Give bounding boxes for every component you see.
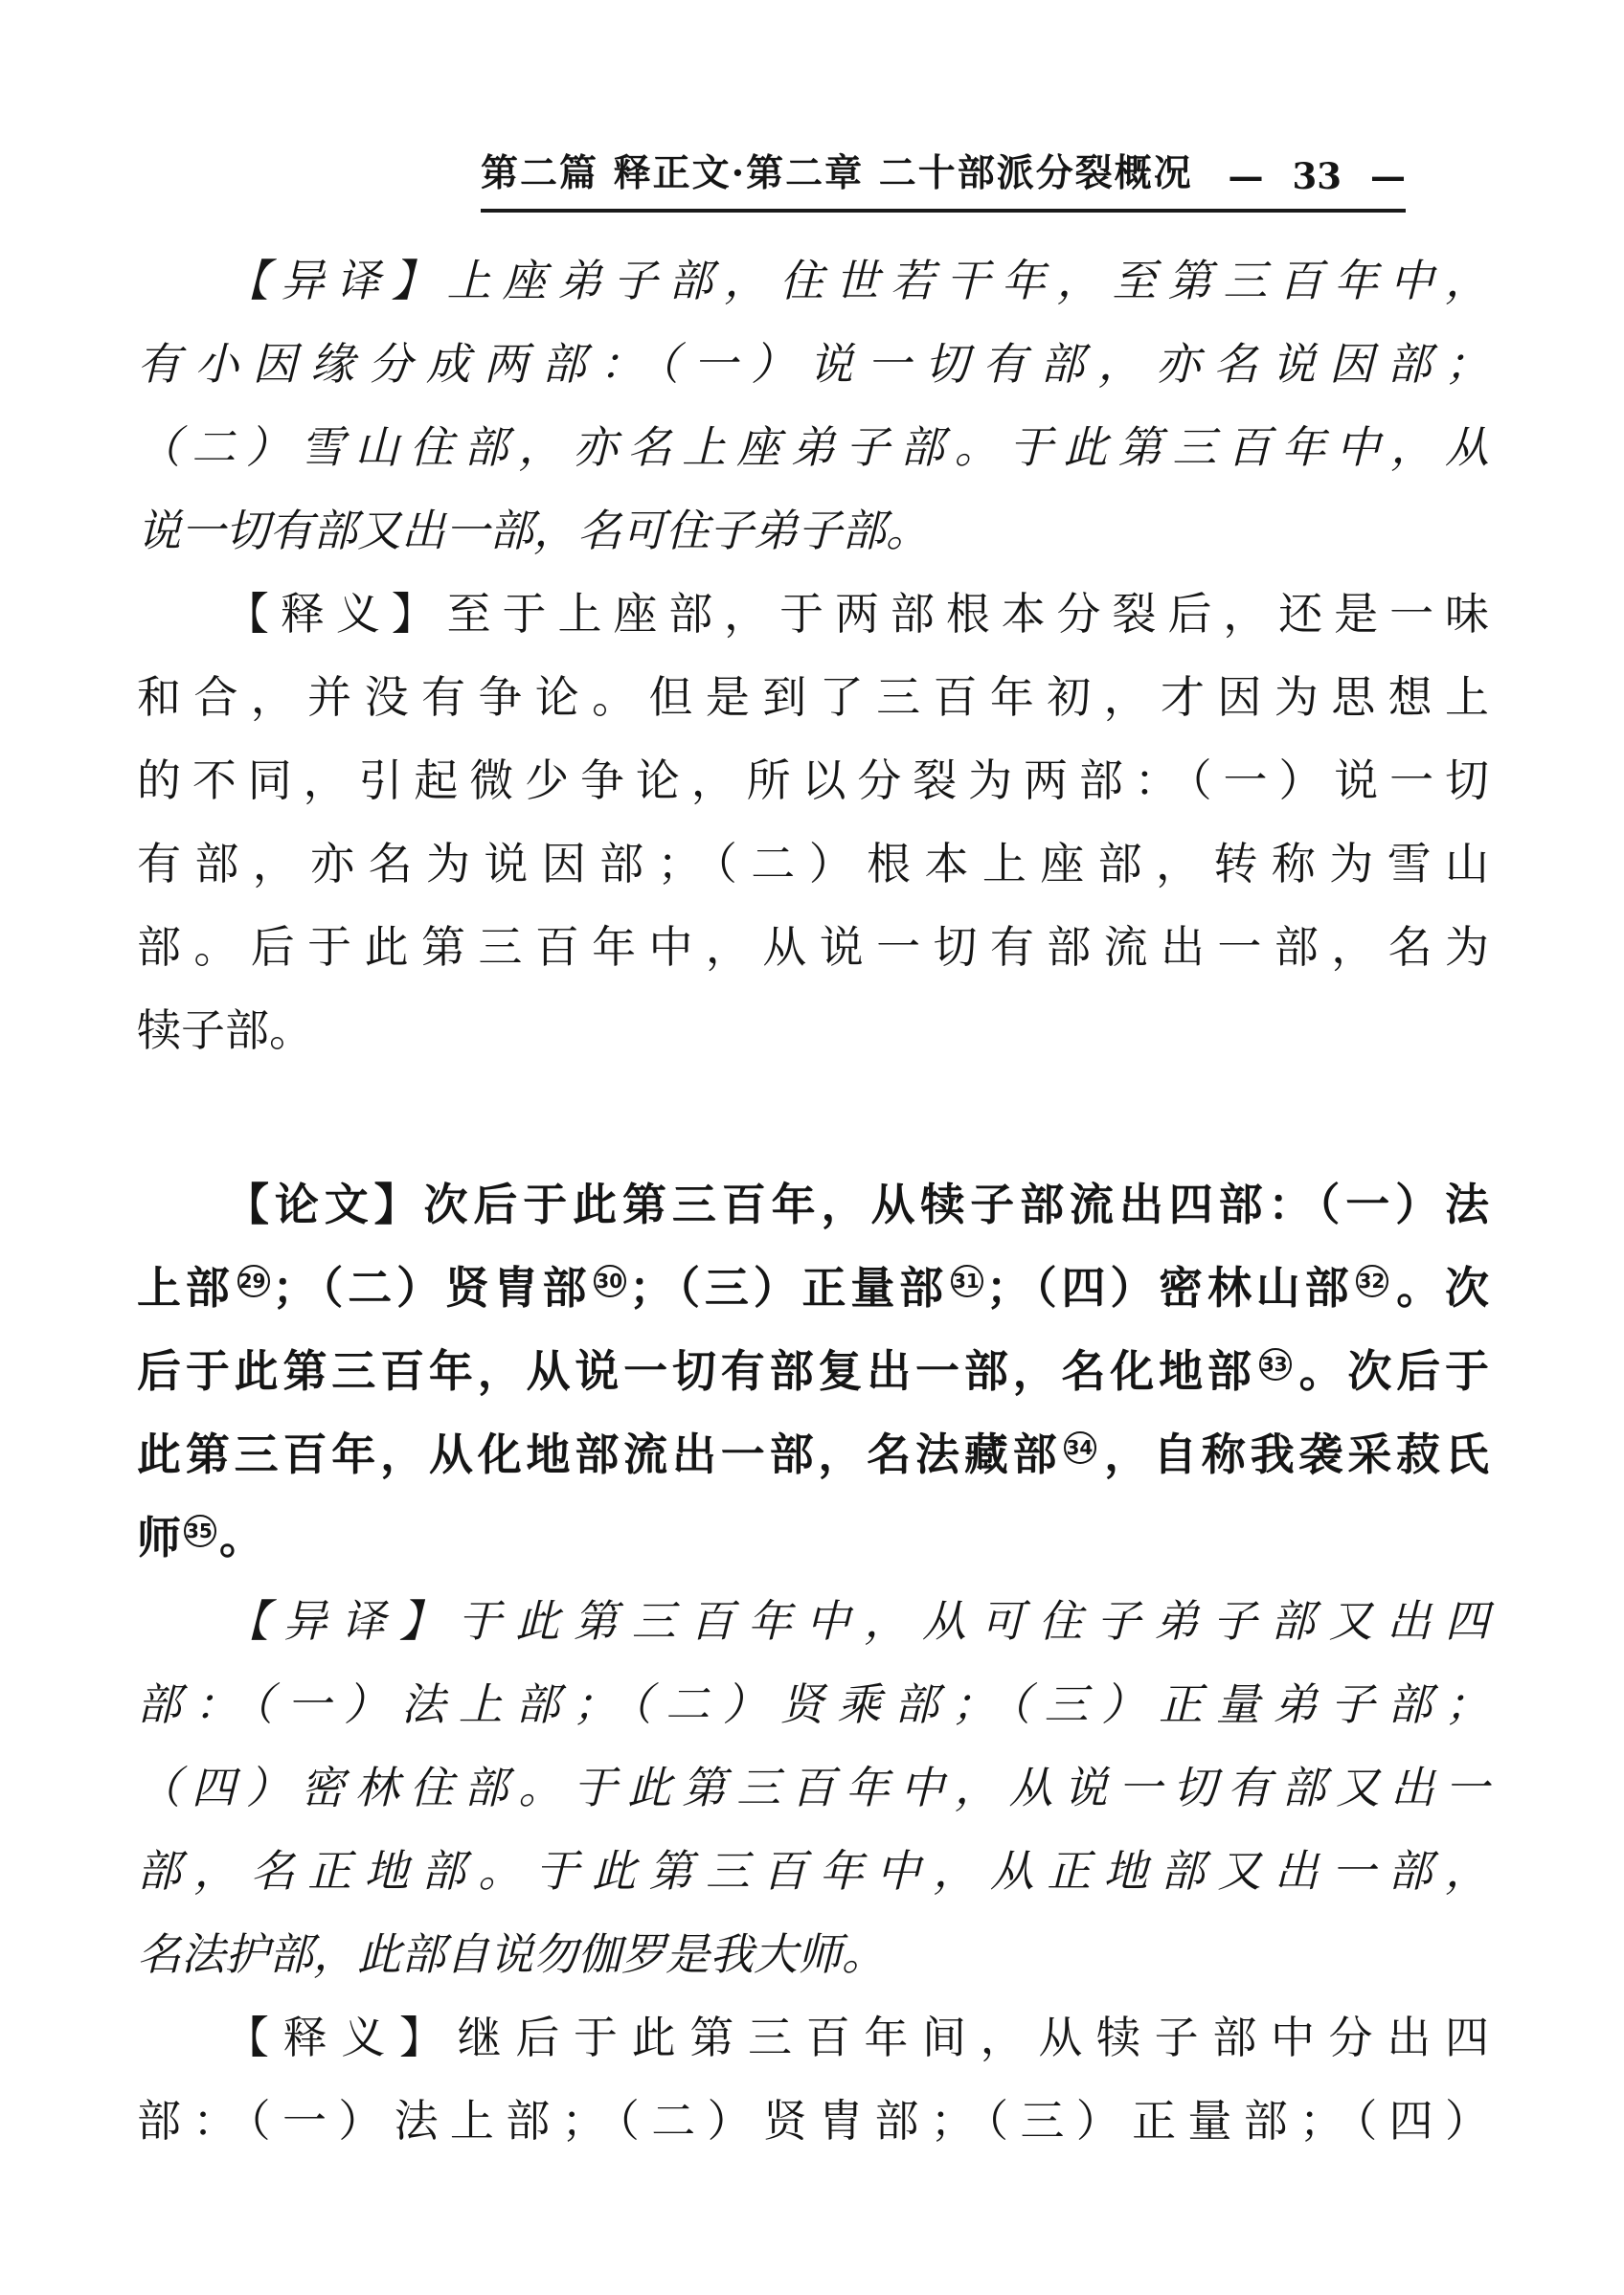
paragraph-2: 【释义】至于上座部，于两部根本分裂后，还是一味和合，并没有争论。但是到了三百年初… xyxy=(137,573,1489,1072)
body-text: 【异译】上座弟子部，住世若干年，至第三百年中，有小因缘分成两部：（一）说一切有部… xyxy=(137,239,1489,2163)
text-line: 部：（一）法上部；（二）贤胄部；（三）正量部；（四） xyxy=(137,2080,1489,2163)
scanned-book-page: 第二篇 释正文·第二章 二十部派分裂概况 — 33 — 【异译】上座弟子部，住世… xyxy=(0,0,1624,2295)
footnote-ref-icon: 29 xyxy=(237,1265,270,1297)
footnote-ref-icon: 33 xyxy=(1259,1348,1292,1381)
page-number-dash-left: — xyxy=(1229,155,1264,197)
page-number: 33 xyxy=(1293,155,1342,197)
text-line: （二）雪山住部，亦名上座弟子部。于此第三百年中，从 xyxy=(137,406,1489,489)
paragraph-5: 【释义】继后于此第三百年间，从犊子部中分出四部：（一）法上部；（二）贤胄部；（三… xyxy=(137,1996,1489,2163)
text-line: 【论文】次后于此第三百年，从犊子部流出四部：（一）法 xyxy=(137,1163,1489,1247)
text-line: 部：（一）法上部；（二）贤乘部；（三）正量弟子部； xyxy=(137,1663,1489,1746)
footnote-ref-icon: 35 xyxy=(184,1515,216,1547)
text-line: 后于此第三百年，从说一切有部复出一部，名化地部33。次后于 xyxy=(137,1330,1489,1413)
text-line: 师35。 xyxy=(137,1496,1489,1580)
footnote-ref-icon: 32 xyxy=(1356,1265,1388,1297)
paragraph-1: 【异译】上座弟子部，住世若干年，至第三百年中，有小因缘分成两部：（一）说一切有部… xyxy=(137,239,1489,573)
paragraph-4: 【异译】于此第三百年中，从可住子弟子部又出四部：（一）法上部；（二）贤乘部；（三… xyxy=(137,1580,1489,1996)
running-head: 第二篇 释正文·第二章 二十部派分裂概况 — 33 — xyxy=(481,144,1406,213)
text-line: 部。后于此第三百年中，从说一切有部流出一部，名为 xyxy=(137,906,1489,989)
text-line: 名法护部，此部自说勿伽罗是我大师。 xyxy=(137,1913,1489,1996)
text-line: 部，名正地部。于此第三百年中，从正地部又出一部， xyxy=(137,1830,1489,1913)
text-line: 【异译】于此第三百年中，从可住子弟子部又出四 xyxy=(137,1580,1489,1663)
text-line: 的不同，引起微少争论，所以分裂为两部：（一）说一切 xyxy=(137,739,1489,822)
chapter-title: 第二篇 释正文·第二章 二十部派分裂概况 xyxy=(481,144,1193,197)
text-line: 犊子部。 xyxy=(137,989,1489,1072)
text-line: 此第三百年，从化地部流出一部，名法藏部34，自称我袭采菽氏 xyxy=(137,1413,1489,1496)
text-line: 说一切有部又出一部，名可住子弟子部。 xyxy=(137,489,1489,573)
footnote-ref-icon: 31 xyxy=(951,1265,983,1297)
text-line: 有小因缘分成两部：（一）说一切有部，亦名说因部； xyxy=(137,323,1489,406)
text-line: （四）密林住部。于此第三百年中，从说一切有部又出一 xyxy=(137,1746,1489,1830)
text-line: 上部29；（二）贤胄部30；（三）正量部31；（四）密林山部32。次 xyxy=(137,1247,1489,1330)
paragraph-3: 【论文】次后于此第三百年，从犊子部流出四部：（一）法上部29；（二）贤胄部30；… xyxy=(137,1163,1489,1580)
text-line: 【异译】上座弟子部，住世若干年，至第三百年中， xyxy=(137,239,1489,323)
page-number-dash-right: — xyxy=(1370,155,1406,197)
text-line: 【释义】继后于此第三百年间，从犊子部中分出四 xyxy=(137,1996,1489,2080)
footnote-ref-icon: 34 xyxy=(1064,1431,1096,1464)
text-line: 和合，并没有争论。但是到了三百年初，才因为思想上 xyxy=(137,656,1489,739)
footnote-ref-icon: 30 xyxy=(594,1265,626,1297)
text-line: 【释义】至于上座部，于两部根本分裂后，还是一味 xyxy=(137,573,1489,656)
page-number-group: — 33 — xyxy=(1229,155,1407,197)
text-line: 有部，亦名为说因部；（二）根本上座部，转称为雪山 xyxy=(137,822,1489,906)
